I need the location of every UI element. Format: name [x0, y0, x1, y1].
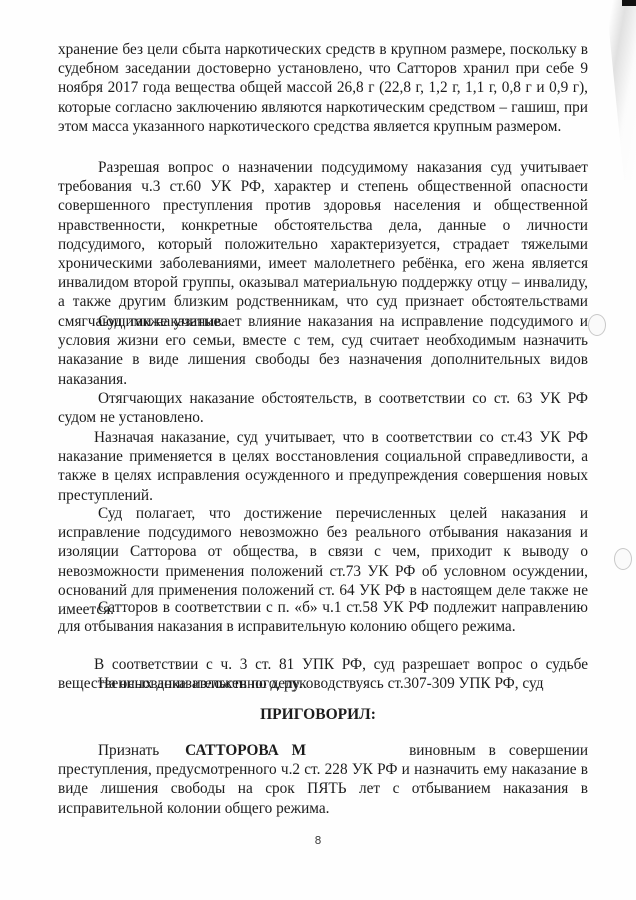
paragraph-3: Суд также учитывает влияние наказания на…: [58, 312, 588, 389]
paragraph-text: Суд также учитывает влияние наказания на…: [58, 312, 588, 389]
paragraph-2: Разрешая вопрос о назначении подсудимому…: [58, 158, 588, 331]
verdict-paragraph: Признать САТТОРОВА М виновным в совершен…: [58, 741, 588, 818]
paragraph-text: Разрешая вопрос о назначении подсудимому…: [58, 158, 588, 331]
paragraph-1: хранение без цели сбыта наркотических ср…: [58, 40, 588, 136]
paragraph-text: Сатторов в соответствии с п. «б» ч.1 ст.…: [58, 598, 588, 636]
defendant-name: САТТОРОВА М: [185, 742, 306, 759]
paragraph-text: Отягчающих наказание обстоятельств, в со…: [58, 389, 588, 427]
verdict-heading: ПРИГОВОРИЛ:: [0, 706, 636, 724]
paragraph-text: На основании изложенного, руководствуясь…: [58, 674, 588, 693]
paragraph-text: Назначая наказание, суд учитывает, что в…: [58, 428, 588, 505]
paragraph-9: На основании изложенного, руководствуясь…: [58, 674, 588, 693]
verdict-prefix: Признать: [98, 742, 159, 759]
scan-corner-mark: [622, 0, 636, 6]
punch-hole-icon: [588, 314, 606, 336]
page-number: 8: [0, 834, 636, 847]
paragraph-7: Сатторов в соответствии с п. «б» ч.1 ст.…: [58, 598, 588, 636]
punch-hole-icon: [614, 548, 632, 570]
paragraph-5: Назначая наказание, суд учитывает, что в…: [58, 428, 588, 505]
document-page: хранение без цели сбыта наркотических ср…: [0, 0, 636, 900]
paragraph-text: хранение без цели сбыта наркотических ср…: [58, 40, 588, 136]
paragraph-4: Отягчающих наказание обстоятельств, в со…: [58, 389, 588, 427]
